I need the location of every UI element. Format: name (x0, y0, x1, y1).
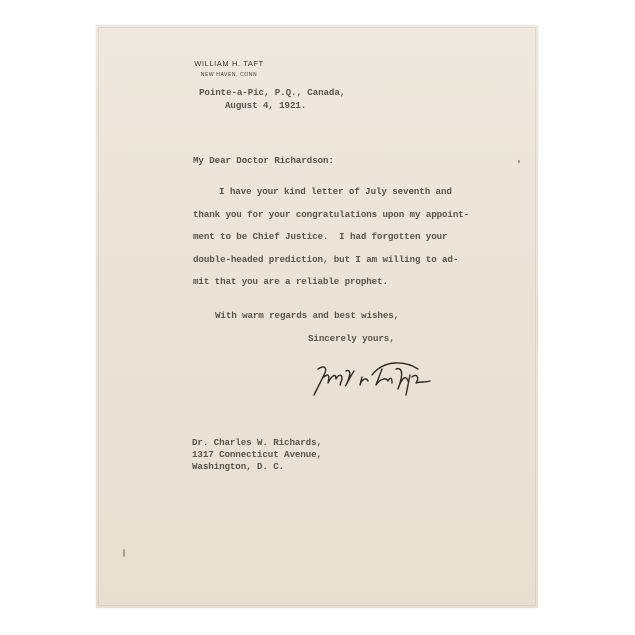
recipient-line: Dr. Charles W. Richards, (192, 437, 322, 449)
body-line: thank you for your congratulations upon … (193, 204, 469, 227)
dateline-date: August 4, 1921. (199, 100, 306, 111)
letterhead-city: NEW HAVEN, CONN (186, 72, 272, 78)
recipient-address: Dr. Charles W. Richards,1317 Connecticut… (192, 437, 322, 473)
letter-body: I have your kind letter of July seventh … (193, 181, 469, 294)
body-line: double-headed prediction, but I am willi… (193, 249, 469, 272)
dateline: Pointe-a-Pic, P.Q., Canada, August 4, 19… (199, 86, 345, 112)
closing-line: With warm regards and best wishes, (215, 310, 399, 321)
body-line: ment to be Chief Justice. I had forgotte… (193, 226, 469, 249)
paper-blemish (123, 549, 125, 557)
signoff: Sincerely yours, (308, 333, 395, 344)
letterhead-name: WILLIAM H. TAFT (186, 59, 272, 68)
letterhead: WILLIAM H. TAFT NEW HAVEN, CONN (186, 59, 272, 78)
dateline-place: Pointe-a-Pic, P.Q., Canada, (199, 87, 345, 98)
salutation: My Dear Doctor Richardson: (193, 155, 334, 166)
paper-blemish (518, 160, 520, 163)
signature-icon (306, 355, 466, 400)
recipient-line: 1317 Connecticut Avenue, (192, 449, 322, 461)
body-line: I have your kind letter of July seventh … (193, 181, 469, 204)
body-line: mit that you are a reliable prophet. (193, 271, 469, 294)
recipient-line: Washington, D. C. (192, 461, 322, 473)
